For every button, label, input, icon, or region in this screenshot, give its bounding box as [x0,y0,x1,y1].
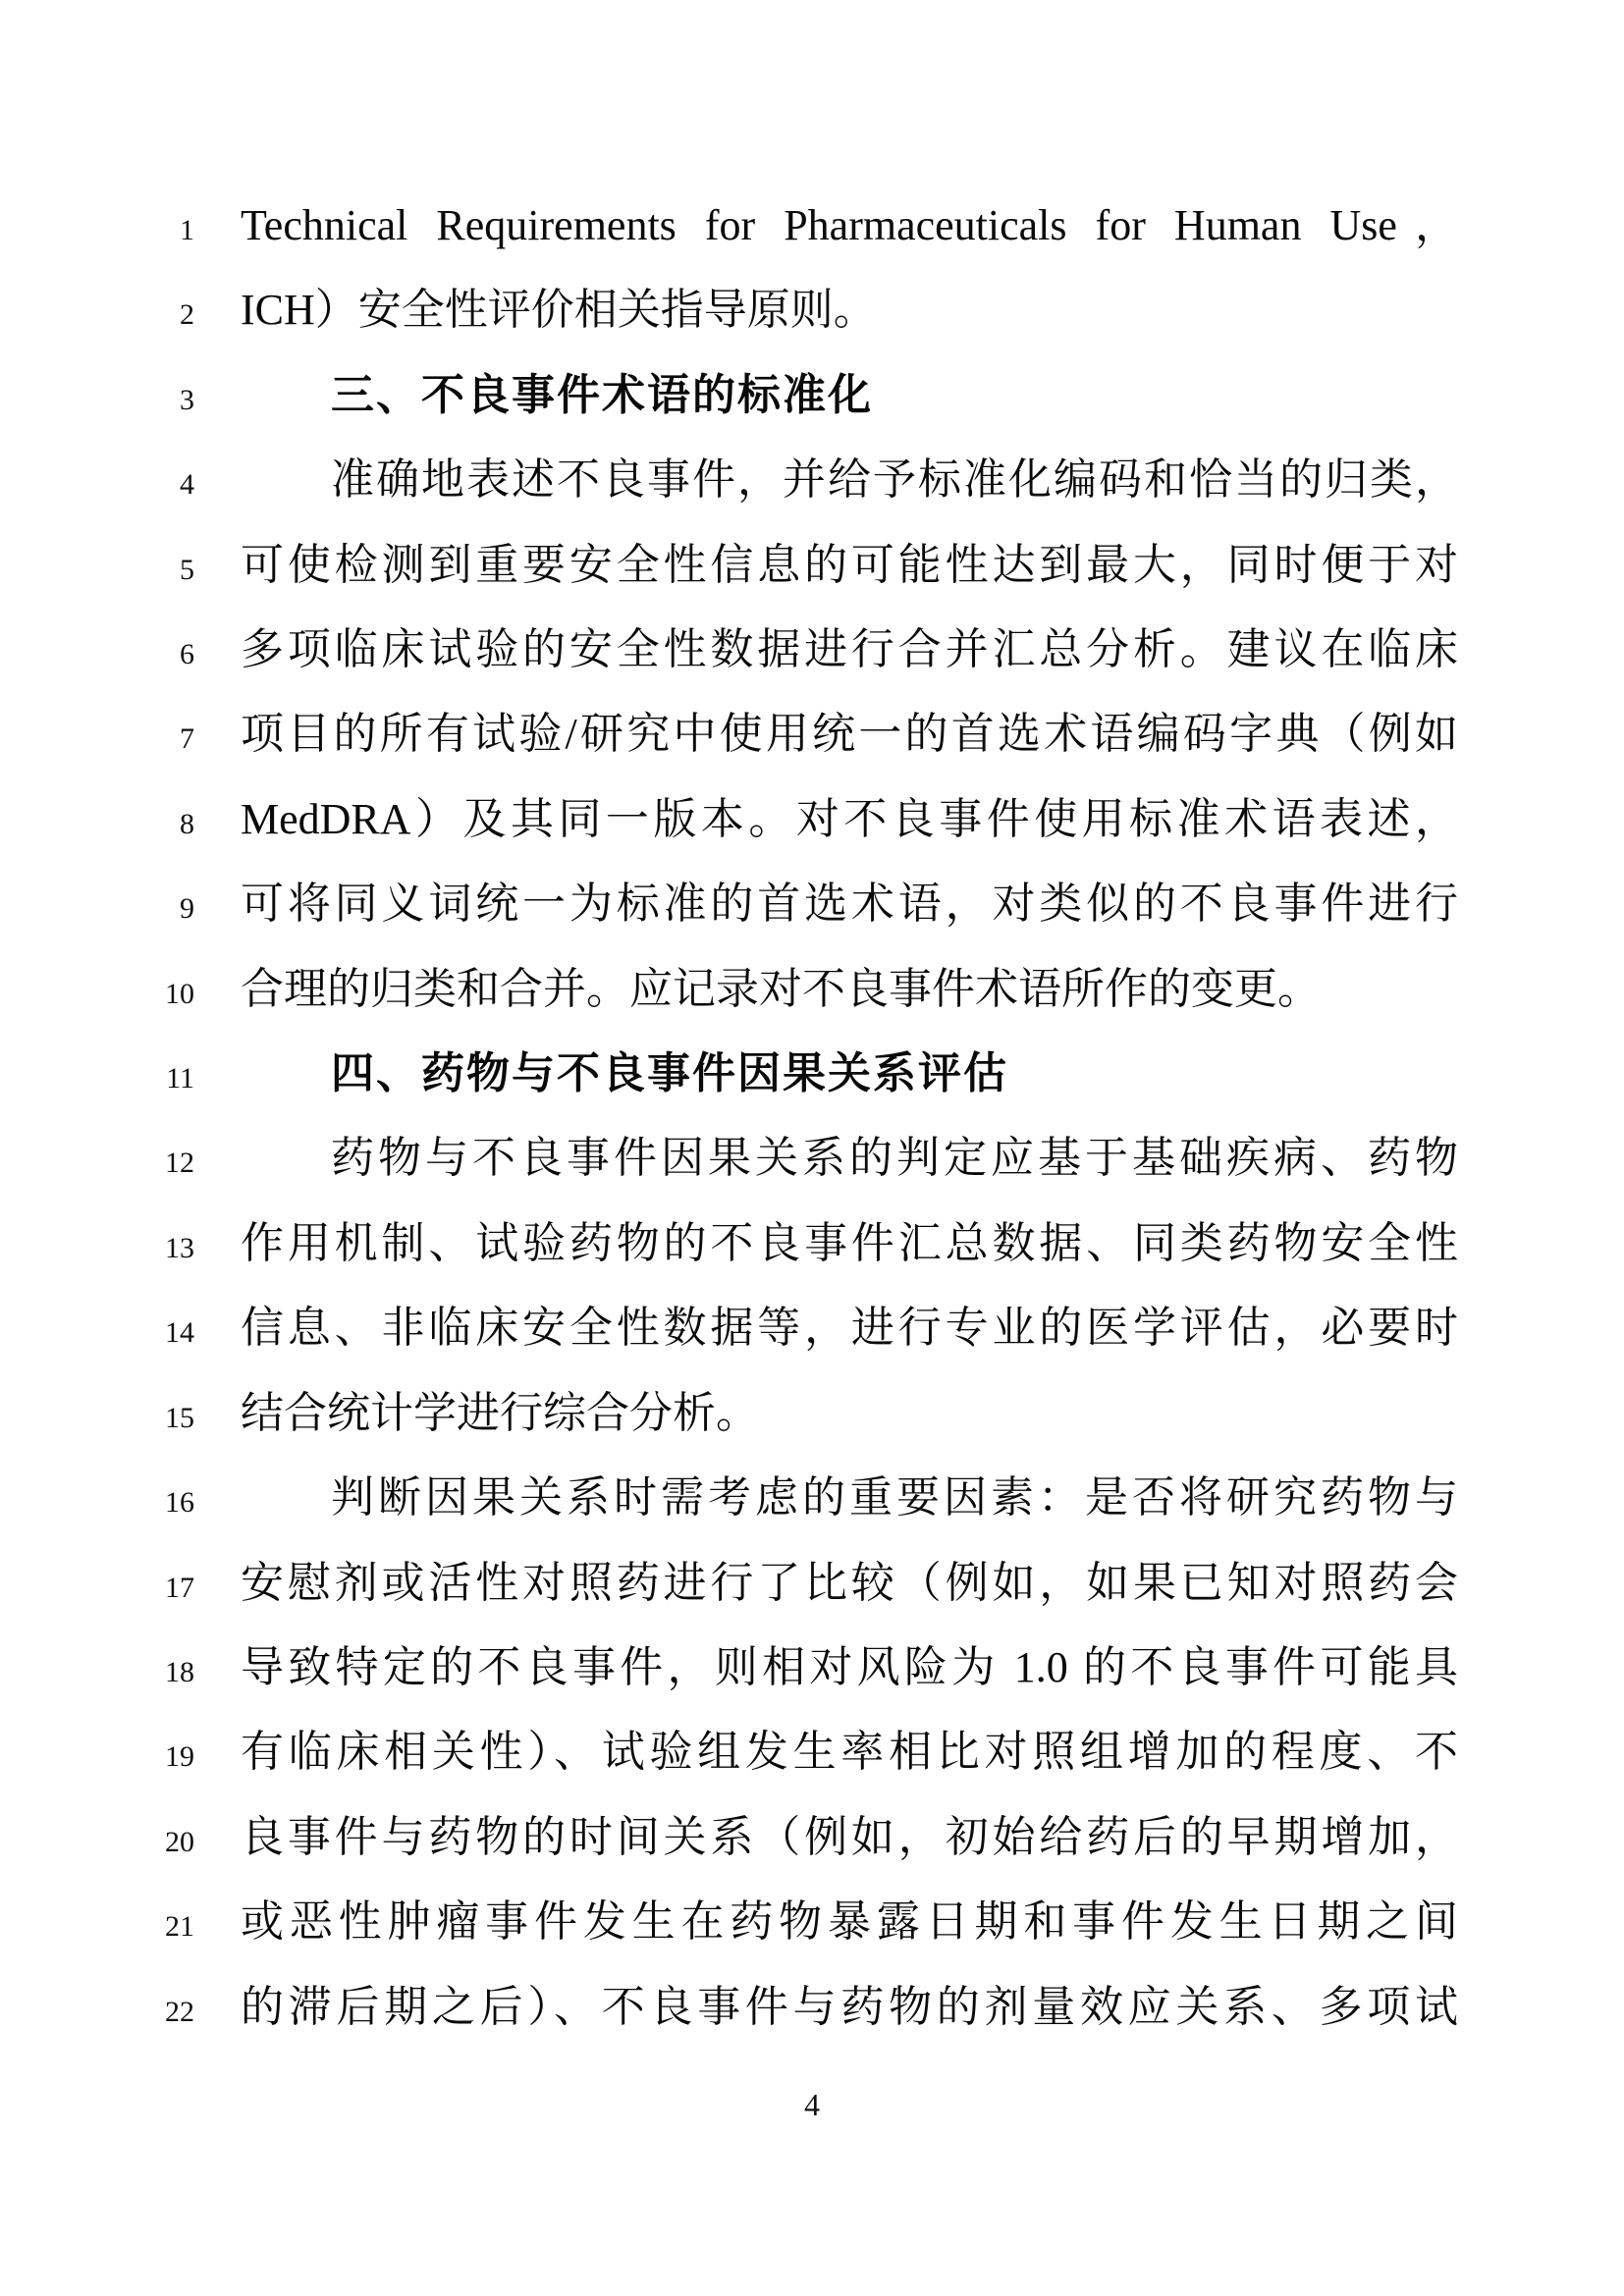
line-text: ICH）安全性评价相关指导原则。 [241,268,1458,352]
text-line-row: 22的滞后期之后）、不良事件与药物的剂量效应关系、多项试 [0,1965,1624,2050]
line-number: 3 [128,384,194,417]
text-line-row: 12药物与不良事件因果关系的判定应基于基础疾病、药物 [0,1116,1624,1201]
text-line-row: 13作用机制、试验药物的不良事件汇总数据、同类药物安全性 [0,1201,1624,1286]
text-line-row: 18导致特定的不良事件，则相对风险为 1.0 的不良事件可能具 [0,1626,1624,1710]
line-number: 15 [128,1402,194,1435]
line-number: 13 [128,1232,194,1265]
line-text: 项目的所有试验/研究中使用统一的首选术语编码字典（例如 [241,692,1458,776]
text-line-row: 10合理的归类和合并。应记录对不良事件术语所作的变更。 [0,947,1624,1032]
section-heading-text: 四、药物与不良事件因果关系评估 [241,1032,1458,1116]
line-text: 可使检测到重要安全性信息的可能性达到最大，同时便于对 [241,523,1458,608]
line-text: MedDRA）及其同一版本。对不良事件使用标准术语表述， [241,777,1458,862]
line-number: 7 [128,722,194,756]
line-text: 有临床相关性）、试验组发生率相比对照组增加的程度、不 [241,1710,1458,1794]
text-line-row: 4准确地表述不良事件，并给予标准化编码和恰当的归类， [0,438,1624,522]
line-number: 19 [128,1740,194,1774]
line-number: 16 [128,1486,194,1520]
text-line-row: 20良事件与药物的时间关系（例如，初始给药后的早期增加， [0,1795,1624,1880]
line-text: 导致特定的不良事件，则相对风险为 1.0 的不良事件可能具 [241,1626,1458,1710]
line-number: 4 [128,468,194,502]
text-line-row: 8MedDRA）及其同一版本。对不良事件使用标准术语表述， [0,777,1624,862]
line-text: 安慰剂或活性对照药进行了比较（例如，如果已知对照药会 [241,1541,1458,1626]
line-text: 作用机制、试验药物的不良事件汇总数据、同类药物安全性 [241,1201,1458,1286]
text-line-row: 1Technical Requirements for Pharmaceutic… [0,184,1624,268]
line-text: 可将同义词统一为标准的首选术语，对类似的不良事件进行 [241,862,1458,946]
text-line-row: 7项目的所有试验/研究中使用统一的首选术语编码字典（例如 [0,692,1624,776]
section-heading-text: 三、不良事件术语的标准化 [241,353,1458,438]
heading-line-row: 11四、药物与不良事件因果关系评估 [0,1032,1624,1116]
line-text: 准确地表述不良事件，并给予标准化编码和恰当的归类， [241,438,1458,522]
line-number: 10 [128,978,194,1011]
line-number: 22 [128,1996,194,2029]
page-number: 4 [0,2087,1624,2123]
line-number: 2 [128,298,194,332]
line-text: 判断因果关系时需考虑的重要因素：是否将研究药物与 [241,1456,1458,1540]
line-text: 合理的归类和合并。应记录对不良事件术语所作的变更。 [241,947,1458,1032]
text-line-row: 14信息、非临床安全性数据等，进行专业的医学评估，必要时 [0,1286,1624,1370]
line-text: 结合统计学进行综合分析。 [241,1371,1458,1456]
document-page: 1Technical Requirements for Pharmaceutic… [0,0,1624,2296]
line-number: 17 [128,1572,194,1605]
line-number: 20 [128,1826,194,1859]
line-text: 信息、非临床安全性数据等，进行专业的医学评估，必要时 [241,1286,1458,1370]
line-number: 21 [128,1910,194,1944]
text-line-row: 16判断因果关系时需考虑的重要因素：是否将研究药物与 [0,1456,1624,1540]
heading-line-row: 3三、不良事件术语的标准化 [0,353,1624,438]
text-line-row: 9可将同义词统一为标准的首选术语，对类似的不良事件进行 [0,862,1624,946]
line-text: 药物与不良事件因果关系的判定应基于基础疾病、药物 [241,1116,1458,1201]
text-line-row: 5可使检测到重要安全性信息的可能性达到最大，同时便于对 [0,523,1624,608]
line-text: 的滞后期之后）、不良事件与药物的剂量效应关系、多项试 [241,1965,1458,2050]
line-number: 6 [128,638,194,671]
text-line-row: 6多项临床试验的安全性数据进行合并汇总分析。建议在临床 [0,608,1624,692]
line-number: 9 [128,892,194,926]
line-number: 14 [128,1316,194,1350]
text-line-row: 2ICH）安全性评价相关指导原则。 [0,268,1624,352]
text-line-row: 19有临床相关性）、试验组发生率相比对照组增加的程度、不 [0,1710,1624,1794]
text-line-row: 15结合统计学进行综合分析。 [0,1371,1624,1456]
line-text: 或恶性肿瘤事件发生在药物暴露日期和事件发生日期之间 [241,1880,1458,1964]
line-text: 良事件与药物的时间关系（例如，初始给药后的早期增加， [241,1795,1458,1880]
text-line-row: 17安慰剂或活性对照药进行了比较（例如，如果已知对照药会 [0,1541,1624,1626]
line-number: 8 [128,808,194,841]
line-text: 多项临床试验的安全性数据进行合并汇总分析。建议在临床 [241,608,1458,692]
text-line-row: 21或恶性肿瘤事件发生在药物暴露日期和事件发生日期之间 [0,1880,1624,1964]
text-body: 1Technical Requirements for Pharmaceutic… [0,184,1624,2050]
line-number: 1 [128,214,194,247]
line-number: 11 [128,1062,194,1095]
line-number: 5 [128,554,194,587]
line-number: 18 [128,1656,194,1689]
line-text: Technical Requirements for Pharmaceutica… [241,184,1458,268]
line-number: 12 [128,1147,194,1180]
